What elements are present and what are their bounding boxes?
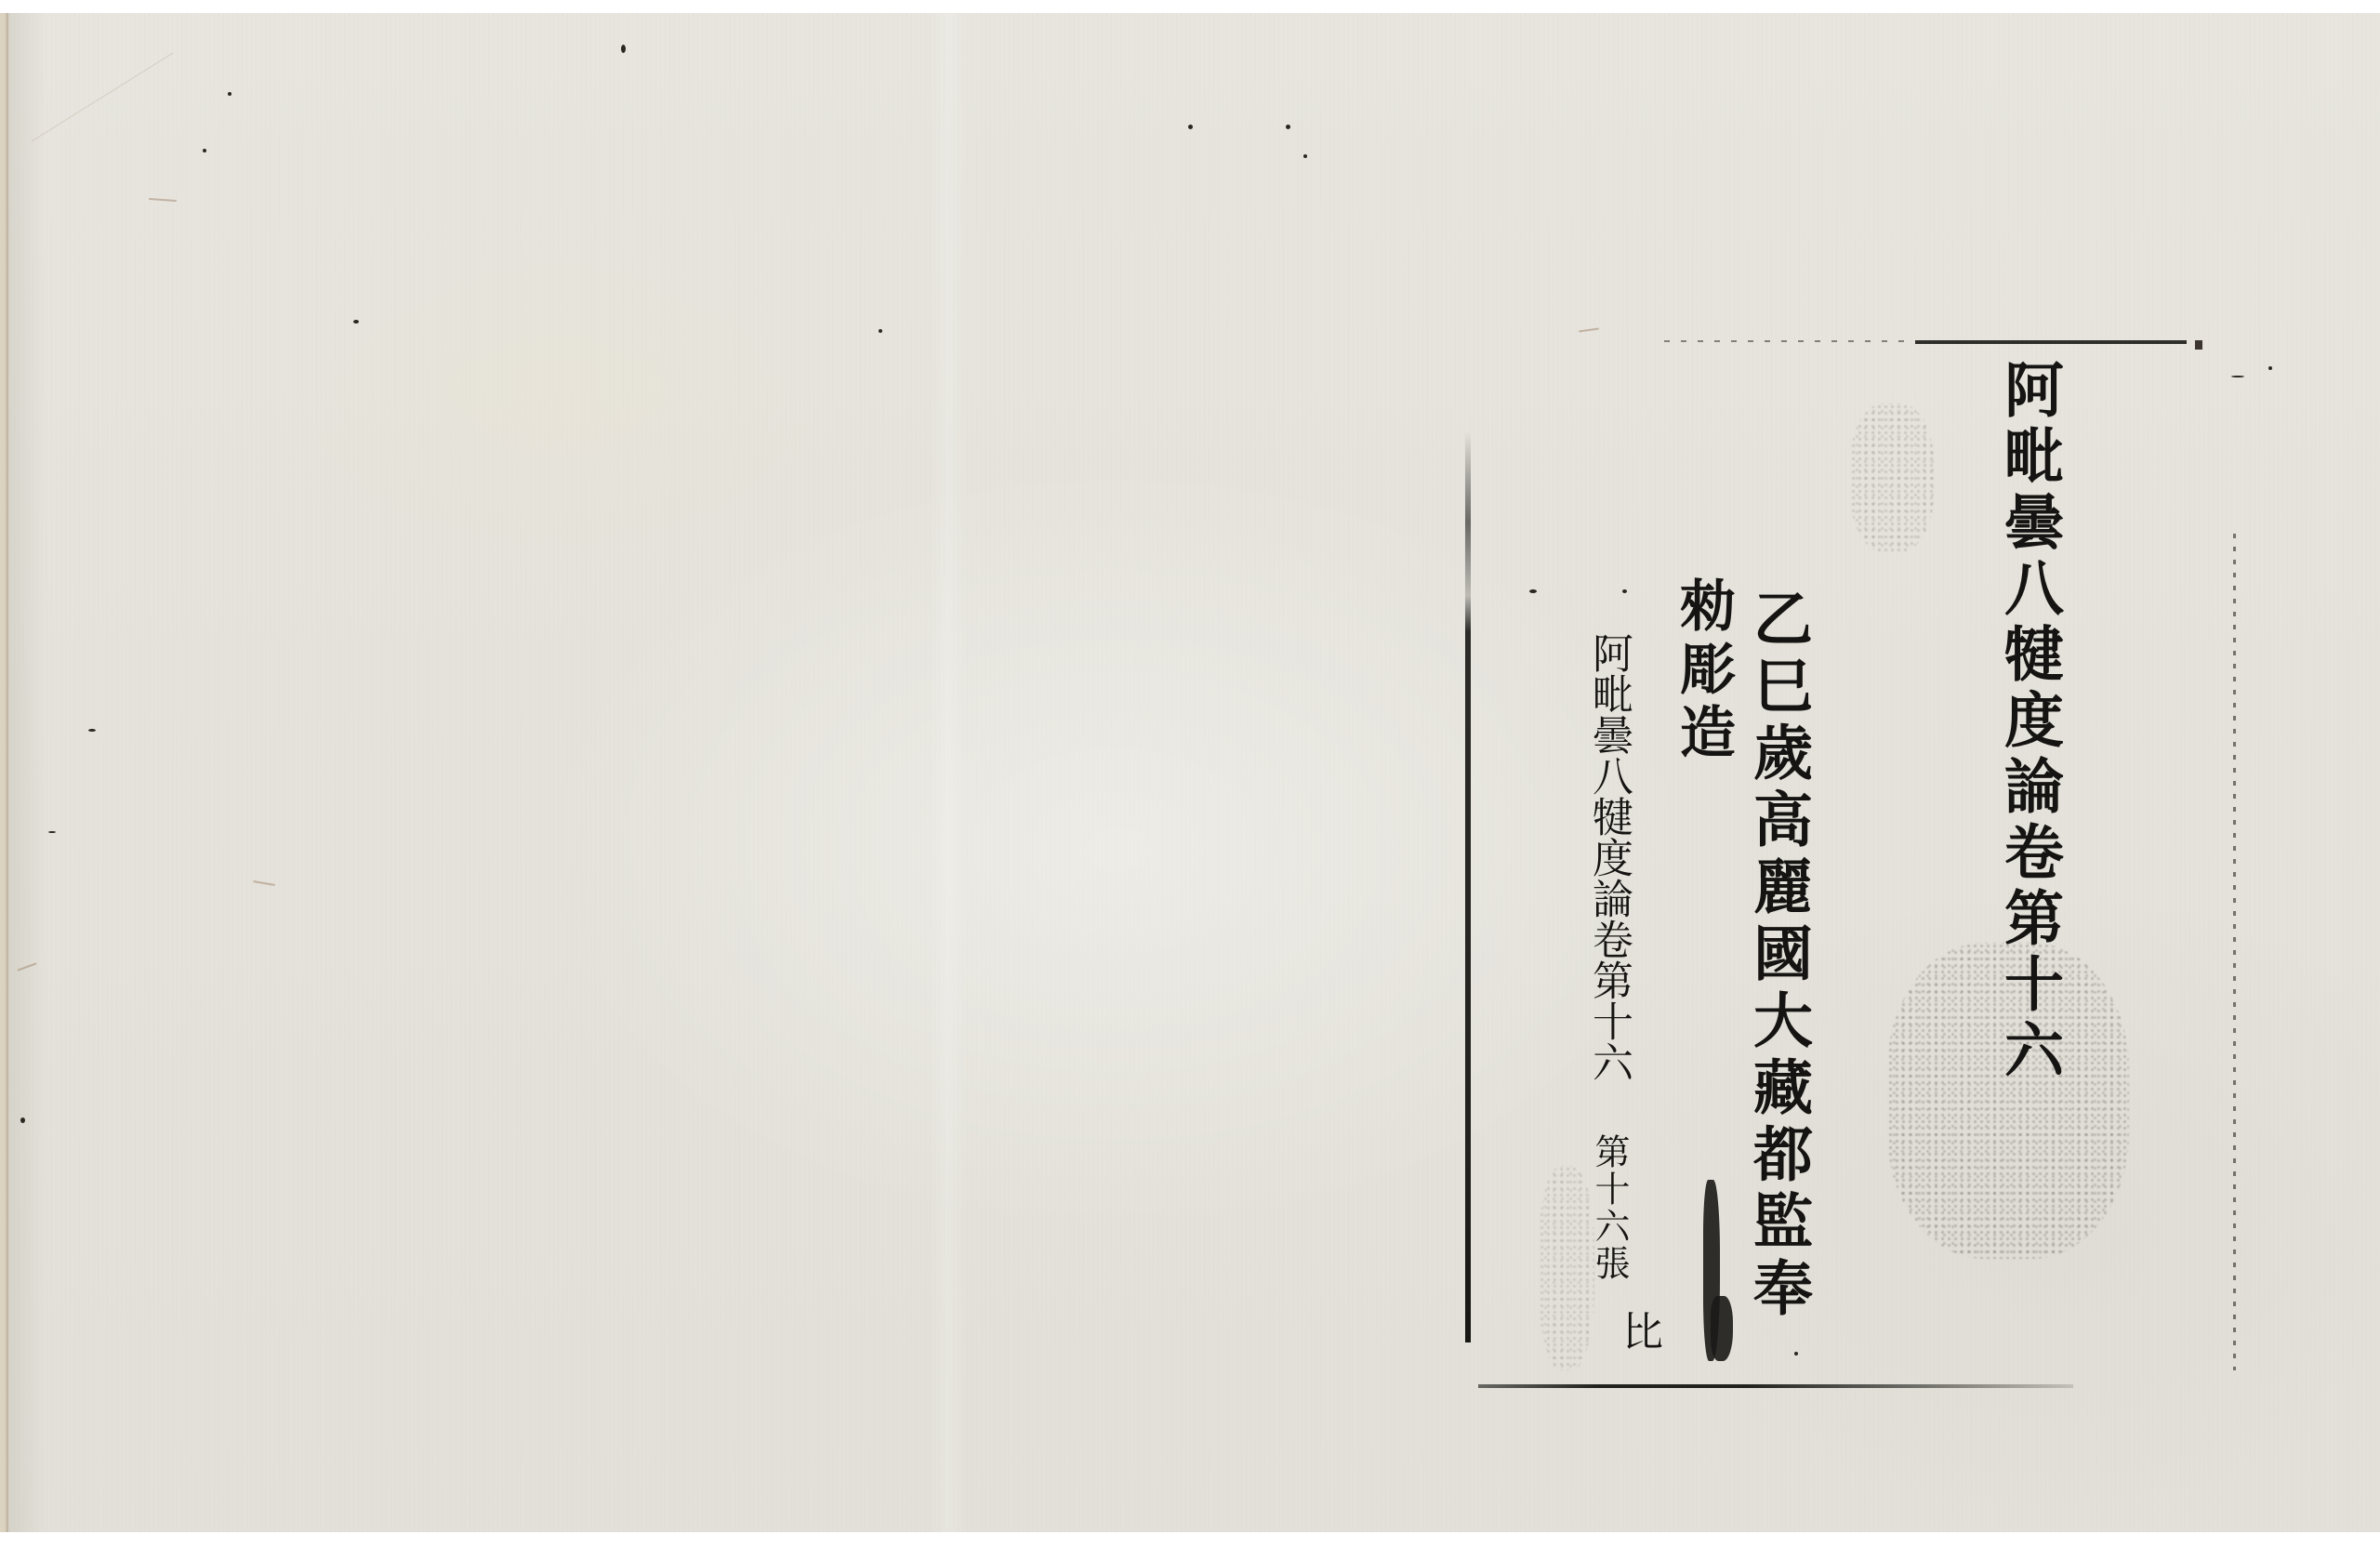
paper-speck bbox=[88, 729, 96, 732]
paper-speck bbox=[228, 92, 231, 96]
frame-right-border bbox=[2233, 534, 2236, 1370]
paper-fiber bbox=[149, 198, 177, 202]
paper-speck bbox=[48, 831, 56, 833]
paper-speck bbox=[1794, 1352, 1798, 1355]
paper-speck bbox=[203, 149, 206, 152]
case-mark: 比 bbox=[1618, 1310, 1659, 1351]
ink-smudge bbox=[1539, 1166, 1594, 1370]
paper-speck bbox=[20, 1117, 25, 1123]
paper-speck bbox=[353, 320, 359, 324]
frame-bottom-border bbox=[1478, 1384, 2073, 1388]
frame-top-border bbox=[1915, 340, 2187, 344]
paper-speck bbox=[2268, 366, 2272, 370]
paper-speck bbox=[1529, 589, 1537, 593]
page-binding-shadow bbox=[9, 13, 46, 1532]
frame-top-border-faint bbox=[1664, 340, 1915, 342]
paper-fiber bbox=[1579, 327, 1599, 332]
frame-left-border bbox=[1465, 431, 1471, 1342]
paper-speck bbox=[879, 329, 882, 333]
sutra-title-column: 阿毗曇八犍度論卷第十六 bbox=[1999, 359, 2058, 1085]
colophon-order-column: 勑彫造 bbox=[1675, 576, 1731, 766]
page-left-edge bbox=[0, 13, 9, 1532]
frame-corner-mark bbox=[2195, 340, 2202, 350]
paper-fiber bbox=[253, 880, 275, 886]
scanned-page: 阿毗曇八犍度論卷第十六 乙巳歲高麗國大藏都監奉 勑彫造 阿毗曇八犍度論卷第十六 … bbox=[0, 13, 2380, 1532]
paper-speck bbox=[1622, 589, 1627, 593]
paper-speck bbox=[2231, 376, 2244, 377]
paper-speck bbox=[1188, 125, 1193, 129]
end-title-column: 阿毗曇八犍度論卷第十六 bbox=[1588, 632, 1629, 1082]
paper-speck bbox=[1303, 154, 1307, 158]
page-fold bbox=[930, 13, 967, 1532]
ink-smudge bbox=[1850, 403, 1934, 552]
paper-speck bbox=[1286, 125, 1290, 129]
paper-speck bbox=[621, 45, 626, 53]
colophon-date-column: 乙巳歲高麗國大藏都監奉 bbox=[1748, 588, 1807, 1324]
sheet-number: 第十六張 bbox=[1592, 1133, 1627, 1282]
ink-blot bbox=[1711, 1296, 1733, 1361]
paper-fiber bbox=[31, 52, 173, 141]
